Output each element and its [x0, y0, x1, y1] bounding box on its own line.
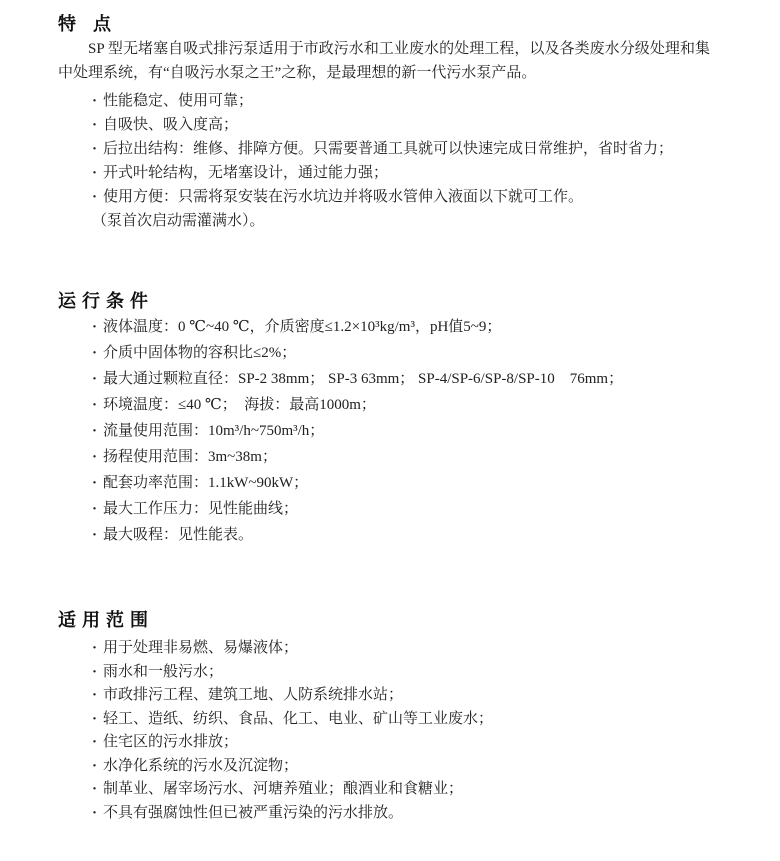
bullet-item: 扬程使用范围：3m~38m；	[92, 444, 710, 470]
bullet-text: 市政排污工程、建筑工地、人防系统排水站；	[103, 687, 403, 703]
bullet-item: 制革业、屠宰场污水、河塘养殖业；酿酒业和食糖业；	[92, 778, 710, 802]
bullet-text: 用于处理非易燃、易爆液体；	[103, 640, 298, 656]
bullet-item: 使用方便：只需将泵安装在污水坑边并将吸水管伸入液面以下就可工作。	[92, 185, 710, 209]
bullet-text: 介质中固体物的容积比≤2%；	[103, 345, 296, 361]
operating-conditions-bullet-list: 液体温度：0 ℃~40 ℃，介质密度≤1.2×10³kg/m³，pH值5~9； …	[58, 314, 710, 548]
bullet-item: 开式叶轮结构，无堵塞设计，通过能力强；	[92, 161, 710, 185]
bullet-text: 水净化系统的污水及沉淀物；	[103, 758, 298, 774]
section-operating-conditions: 运行条件 液体温度：0 ℃~40 ℃，介质密度≤1.2×10³kg/m³，pH值…	[58, 289, 710, 548]
features-heading: 特 点	[58, 12, 710, 36]
bullet-text: 液体温度：0 ℃~40 ℃，介质密度≤1.2×10³kg/m³，pH值5~9；	[103, 319, 501, 335]
features-note: （泵首次启动需灌满水）。	[92, 209, 710, 233]
bullet-text: 轻工、造纸、纺织、食品、化工、电业、矿山等工业废水；	[103, 711, 493, 727]
bullet-text: 性能稳定、使用可靠；	[103, 93, 253, 109]
application-scope-bullet-list: 用于处理非易燃、易爆液体； 雨水和一般污水； 市政排污工程、建筑工地、人防系统排…	[58, 637, 710, 825]
bullet-item: 最大工作压力：见性能曲线；	[92, 496, 710, 522]
bullet-item: 用于处理非易燃、易爆液体；	[92, 637, 710, 661]
bullet-item: 最大通过颗粒直径：SP-2 38mm； SP-3 63mm； SP-4/SP-6…	[92, 366, 710, 392]
document-page: 特 点 SP 型无堵塞自吸式排污泵适用于市政污水和工业废水的处理工程，以及各类废…	[0, 0, 780, 861]
bullet-text: 开式叶轮结构，无堵塞设计，通过能力强；	[103, 165, 388, 181]
section-features: 特 点 SP 型无堵塞自吸式排污泵适用于市政污水和工业废水的处理工程，以及各类废…	[58, 12, 710, 233]
features-intro-paragraph: SP 型无堵塞自吸式排污泵适用于市政污水和工业废水的处理工程，以及各类废水分级处…	[58, 38, 710, 85]
bullet-text: 住宅区的污水排放；	[103, 734, 238, 750]
bullet-text: 流量使用范围：10m³/h~750m³/h；	[103, 423, 324, 439]
bullet-item: 水净化系统的污水及沉淀物；	[92, 755, 710, 779]
bullet-text: 配套功率范围：1.1kW~90kW；	[103, 475, 308, 491]
bullet-text: 使用方便：只需将泵安装在污水坑边并将吸水管伸入液面以下就可工作。	[103, 189, 583, 205]
bullet-item: 介质中固体物的容积比≤2%；	[92, 340, 710, 366]
bullet-item: 雨水和一般污水；	[92, 661, 710, 685]
section-application-scope: 适用范围 用于处理非易燃、易爆液体； 雨水和一般污水； 市政排污工程、建筑工地、…	[58, 608, 710, 825]
operating-conditions-heading: 运行条件	[58, 289, 710, 313]
bullet-text: 环境温度：≤40 ℃； 海拔：最高1000m；	[103, 397, 376, 413]
bullet-item: 性能稳定、使用可靠；	[92, 89, 710, 113]
bullet-item: 住宅区的污水排放；	[92, 731, 710, 755]
bullet-text: 最大通过颗粒直径：SP-2 38mm； SP-3 63mm； SP-4/SP-6…	[103, 371, 623, 387]
bullet-item: 环境温度：≤40 ℃； 海拔：最高1000m；	[92, 392, 710, 418]
bullet-text: 雨水和一般污水；	[103, 664, 223, 680]
bullet-item: 轻工、造纸、纺织、食品、化工、电业、矿山等工业废水；	[92, 708, 710, 732]
bullet-item: 不具有强腐蚀性但已被严重污染的污水排放。	[92, 802, 710, 826]
bullet-text: 最大吸程：见性能表。	[103, 527, 253, 543]
bullet-text: 后拉出结构：维修、排障方便。只需要普通工具就可以快速完成日常维护，省时省力；	[103, 141, 673, 157]
bullet-text: 最大工作压力：见性能曲线；	[103, 501, 298, 517]
bullet-item: 配套功率范围：1.1kW~90kW；	[92, 470, 710, 496]
features-bullet-list: 性能稳定、使用可靠； 自吸快、吸入度高； 后拉出结构：维修、排障方便。只需要普通…	[58, 89, 710, 209]
bullet-item: 液体温度：0 ℃~40 ℃，介质密度≤1.2×10³kg/m³，pH值5~9；	[92, 314, 710, 340]
bullet-text: 制革业、屠宰场污水、河塘养殖业；酿酒业和食糖业；	[103, 781, 463, 797]
bullet-item: 市政排污工程、建筑工地、人防系统排水站；	[92, 684, 710, 708]
bullet-text: 不具有强腐蚀性但已被严重污染的污水排放。	[103, 805, 403, 821]
bullet-item: 后拉出结构：维修、排障方便。只需要普通工具就可以快速完成日常维护，省时省力；	[92, 137, 710, 161]
bullet-item: 自吸快、吸入度高；	[92, 113, 710, 137]
bullet-item: 最大吸程：见性能表。	[92, 522, 710, 548]
bullet-text: 扬程使用范围：3m~38m；	[103, 449, 277, 465]
application-scope-heading: 适用范围	[58, 608, 710, 632]
bullet-text: 自吸快、吸入度高；	[103, 117, 238, 133]
bullet-item: 流量使用范围：10m³/h~750m³/h；	[92, 418, 710, 444]
